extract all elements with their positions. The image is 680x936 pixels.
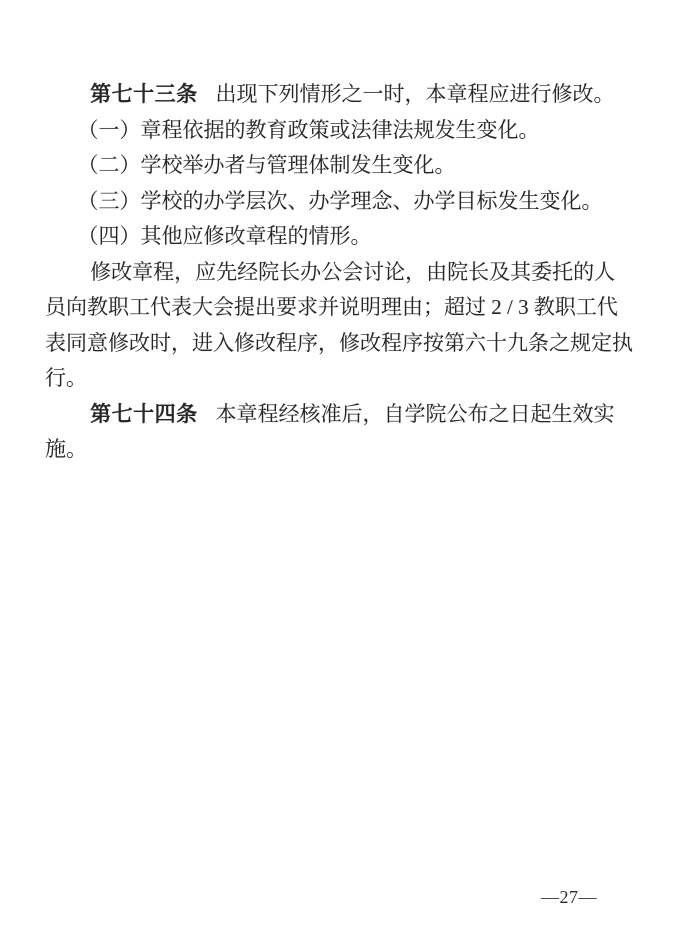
text-segment: （三）学校的办学层次、办学理念、办学目标发生变化。 — [78, 189, 603, 213]
text-segment: 表同意修改时，进入修改程序，修改程序按第六十九条之规定执 — [45, 331, 633, 355]
text-line: 第七十四条本章程经核准后，自学院公布之日起生效实 — [45, 397, 635, 433]
text-segment: （二）学校举办者与管理体制发生变化。 — [78, 153, 456, 177]
text-segment: （四）其他应修改章程的情形。 — [78, 224, 372, 248]
text-segment: 出现下列情形之一时，本章程应进行修改。 — [215, 82, 614, 106]
text-line: （三）学校的办学层次、办学理念、办学目标发生变化。 — [45, 184, 635, 220]
text-segment: 员向教职工代表大会提出要求并说明理由；超过 2 / 3 教职工代 — [45, 295, 618, 319]
text-segment: 本章程经核准后，自学院公布之日起生效实 — [215, 402, 614, 426]
text-segment: 修改章程，应先经院长办公会讨论，由院长及其委托的人 — [90, 260, 615, 284]
article-number: 第七十三条 — [90, 83, 198, 106]
text-line: 第七十三条出现下列情形之一时，本章程应进行修改。 — [45, 77, 635, 113]
document-body: 第七十三条出现下列情形之一时，本章程应进行修改。（一）章程依据的教育政策或法律法… — [45, 77, 635, 468]
article-number: 第七十四条 — [90, 403, 198, 426]
text-line: 修改章程，应先经院长办公会讨论，由院长及其委托的人 — [45, 255, 635, 291]
text-segment: 施。 — [45, 437, 87, 461]
text-line: 表同意修改时，进入修改程序，修改程序按第六十九条之规定执 — [45, 326, 635, 362]
text-line: 员向教职工代表大会提出要求并说明理由；超过 2 / 3 教职工代 — [45, 290, 635, 326]
document-page: 第七十三条出现下列情形之一时，本章程应进行修改。（一）章程依据的教育政策或法律法… — [0, 0, 680, 936]
text-segment: （一）章程依据的教育政策或法律法规发生变化。 — [78, 118, 540, 142]
text-line: （一）章程依据的教育政策或法律法规发生变化。 — [45, 113, 635, 149]
page-number: —27— — [541, 886, 597, 908]
text-segment: 行。 — [45, 366, 87, 390]
text-line: 施。 — [45, 432, 635, 468]
text-line: （四）其他应修改章程的情形。 — [45, 219, 635, 255]
text-line: 行。 — [45, 361, 635, 397]
text-line: （二）学校举办者与管理体制发生变化。 — [45, 148, 635, 184]
